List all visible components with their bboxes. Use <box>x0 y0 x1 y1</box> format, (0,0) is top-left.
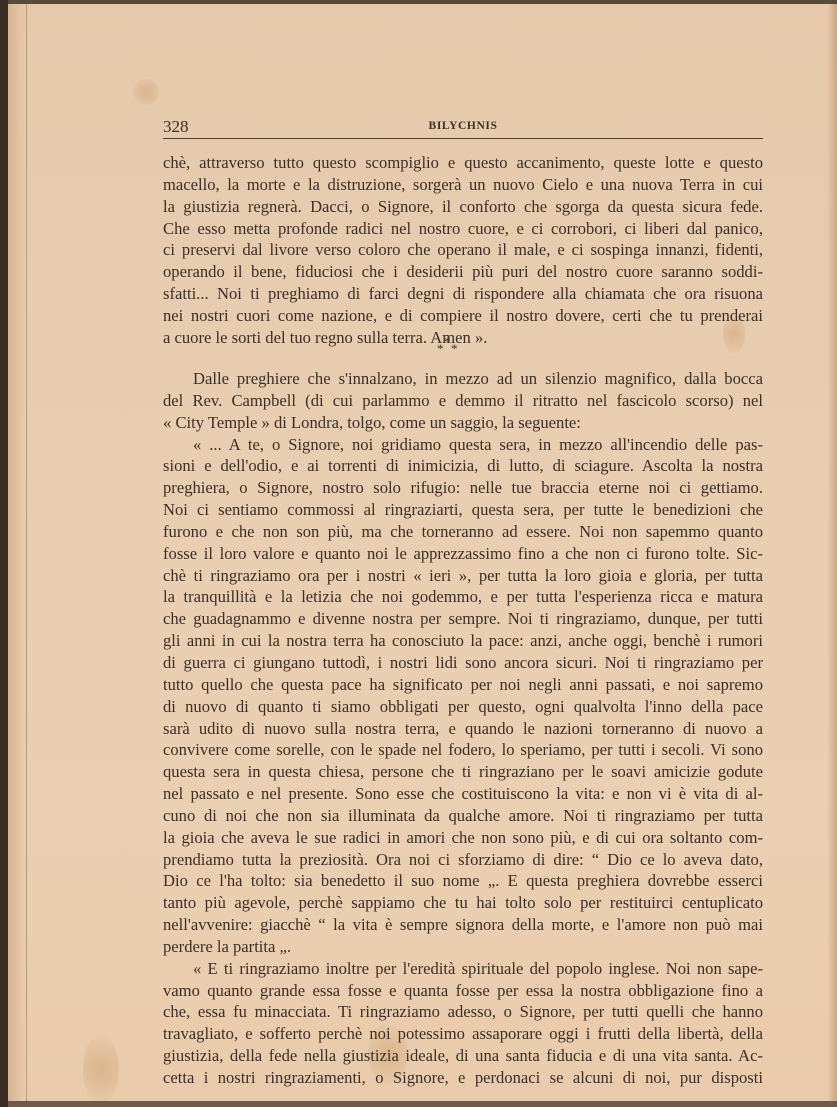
text-line: questa sera in questa chiesa, persone ch… <box>163 761 763 783</box>
text-line: nei nostri cuori come nazione, e di comp… <box>163 305 763 327</box>
text-line: travagliato, e sofferto perchè noi potes… <box>163 1023 763 1045</box>
text-line: di guerra ci giungano tuttodì, i nostri … <box>163 652 763 674</box>
text-line: la giustizia regnerà. Dacci, o Signore, … <box>163 196 763 218</box>
text-line: « E ti ringraziamo inoltre per l'eredità… <box>163 958 763 980</box>
page-bottom-edge <box>8 1101 837 1107</box>
text-line: la gioia che aveva le sue radici in amor… <box>163 827 763 849</box>
text-line: furono e che non son più, ma che tornera… <box>163 521 763 543</box>
journal-title: BILYCHNIS <box>163 120 763 132</box>
text-line: giustizia, della fede nella giustizia id… <box>163 1045 763 1067</box>
text-line: sfatti... Noi ti preghiamo di farci degn… <box>163 283 763 305</box>
text-line: di nuovo di quanto ti siamo obbligati pe… <box>163 696 763 718</box>
text-line: macello, la morte e la distruzione, sorg… <box>163 174 763 196</box>
text-line: « ... A te, o Signore, noi gridiamo ques… <box>163 434 763 456</box>
text-line: « City Temple » di Londra, tolgo, come u… <box>163 412 763 434</box>
text-line: operando il bene, fiduciosi che i deside… <box>163 261 763 283</box>
text-line: chè, attraverso tutto questo scompiglio … <box>163 152 763 174</box>
text-line: nell'avvenire: giacchè “ la vita è sempr… <box>163 914 763 936</box>
paper-stain <box>133 79 159 105</box>
text-line: fosse il loro valore e quanto noi le app… <box>163 543 763 565</box>
text-line: ci preservi dal livore verso coloro che … <box>163 239 763 261</box>
text-line: Dio ce l'ha tolto: sia benedetto il suo … <box>163 870 763 892</box>
asterism-star: * <box>444 334 451 350</box>
prayer-continuation-paragraph: chè, attraverso tutto questo scompiglio … <box>163 152 763 349</box>
campbell-prayer-section: Dalle preghiere che s'innalzano, in mezz… <box>163 368 763 1089</box>
paper-stain <box>83 1034 119 1104</box>
text-line: preghiera, o Signore, nostro solo rifugi… <box>163 477 763 499</box>
text-line: chè ti ringraziamo ora per i nostri « ie… <box>163 565 763 587</box>
text-line: sarà udito di nuovo sulla nostra terra, … <box>163 718 763 740</box>
text-line: che guadagnammo e divenne nostra per sem… <box>163 608 763 630</box>
asterism-star: * <box>451 341 458 357</box>
text-line: convivere come sorelle, con le spade nel… <box>163 739 763 761</box>
text-line: tanto più agevole, perchè sappiamo che t… <box>163 892 763 914</box>
text-line: del Rev. Campbell (di cui parlammo e dem… <box>163 390 763 412</box>
text-line: Che esso metta profonde radici nel nostr… <box>163 218 763 240</box>
text-line: Noi ci sentiamo commossi al ringraziarti… <box>163 499 763 521</box>
text-line: gli anni in cui la nostra terra ha conos… <box>163 630 763 652</box>
text-line: tutto quello che questa pace ha signific… <box>163 674 763 696</box>
text-line: la tranquillità e la letizia che noi god… <box>163 586 763 608</box>
text-line: nel passato e nel presente. Sono esse ch… <box>163 783 763 805</box>
asterism-section-break: * * * <box>430 334 470 364</box>
text-line: Dalle preghiere che s'innalzano, in mezz… <box>163 368 763 390</box>
text-line: prendiamo tutta la preziosità. Ora noi c… <box>163 849 763 871</box>
text-line: cetta i nostri ringraziamenti, o Signore… <box>163 1067 763 1089</box>
asterism-star: * <box>437 341 444 357</box>
running-head: 328 BILYCHNIS <box>163 117 763 135</box>
text-line: perdere la partita „. <box>163 936 763 958</box>
header-rule <box>163 138 763 139</box>
text-line: vamo quanto grande essa fosse e quanta f… <box>163 980 763 1002</box>
text-line: che, essa fu minacciata. Ti ringraziamo … <box>163 1001 763 1023</box>
text-line: cuno di noi che non sia illuminata da qu… <box>163 805 763 827</box>
text-line: sioni e dell'odio, e ai torrenti di inim… <box>163 455 763 477</box>
